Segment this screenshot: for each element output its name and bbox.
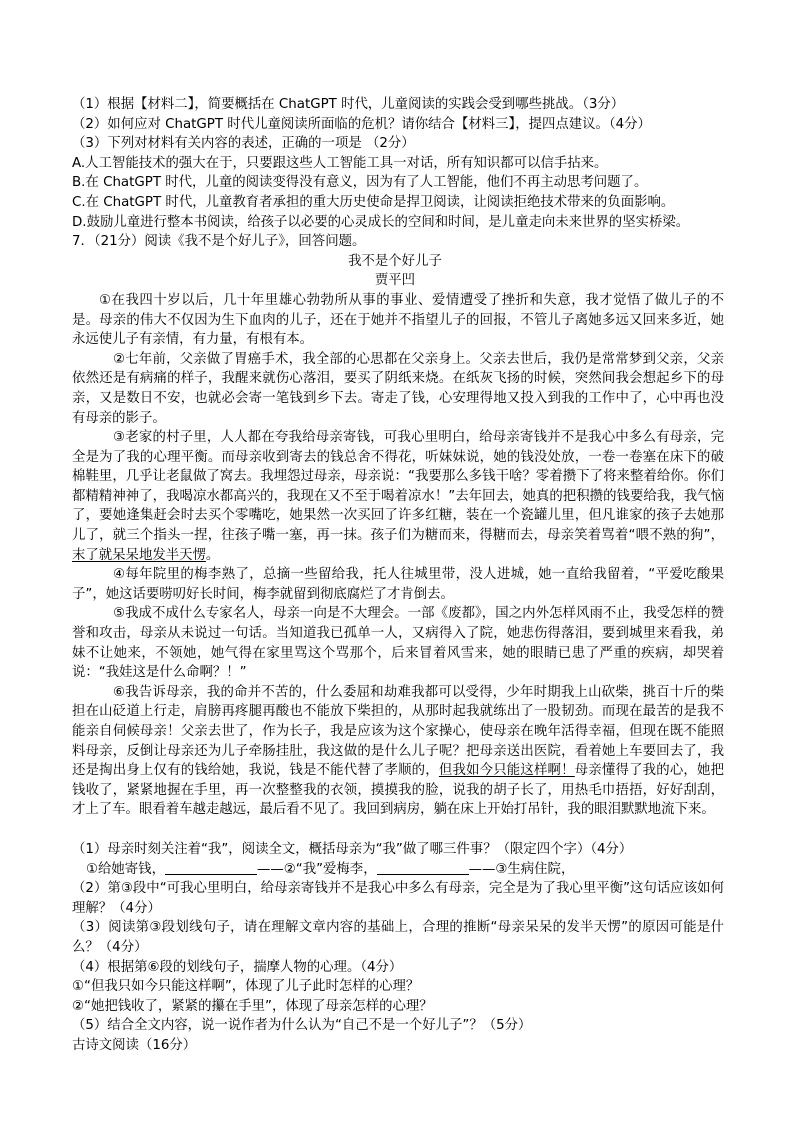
sub-question-4: （4）根据第⑥段的划线句子，揣摩人物的心理。（4分） xyxy=(72,958,724,978)
answer-blank-1[interactable] xyxy=(165,860,257,875)
option-c: C.在 ChatGPT 时代，儿童教育者承担的重大历史使命是捍卫阅读，让阅读拒绝… xyxy=(72,193,724,213)
paragraph-3-end: 。 xyxy=(206,548,219,563)
paragraph-2: ②七年前，父亲做了胃癌手术，我全部的心思都在父亲身上。父亲去世后，我仍是常常梦到… xyxy=(72,350,724,428)
question-6-1: （1）根据【材料二】，简要概括在 ChatGPT 时代，儿童阅读的实践会受到哪些… xyxy=(72,95,724,115)
question-6-3: （3）下列对材料有关内容的表述，正确的一项是 （2分） xyxy=(72,134,724,154)
fill-item-1: ①给她寄钱， xyxy=(86,862,165,877)
fill-item-2: ——②“我”爱梅李， xyxy=(257,862,377,877)
paragraph-1: ①在我四十岁以后，几十年里雄心勃勃所从事的事业、爱情遭受了挫折和失意，我才觉悟了… xyxy=(72,291,724,350)
sub-question-4-b: ②“她把钱收了，紧紧的攥在手里”，体现了母亲怎样的心理？ xyxy=(72,997,724,1017)
paragraph-6-underlined-sentence: 但我如今只能这样啊！ xyxy=(439,763,575,778)
paragraph-4: ④每年院里的梅李熟了，总摘一些留给我，托人往城里带，没人进城，她一直给我留着，“… xyxy=(72,565,724,604)
paragraph-6: ⑥我告诉母亲，我的命并不苦的，什么委屈和劫难我都可以受得，少年时期我上山砍柴，挑… xyxy=(72,683,724,820)
exam-page: （1）根据【材料二】，简要概括在 ChatGPT 时代，儿童阅读的实践会受到哪些… xyxy=(72,95,724,1056)
paragraph-3: ③老家的村子里，人人都在夸我给母亲寄钱，可我心里明白，给母亲寄钱并不是我心中多么… xyxy=(72,428,724,565)
paragraph-5: ⑤我成不成什么专家名人，母亲一向是不大理会。一部《废都》，国之内外怎样风雨不止，… xyxy=(72,604,724,682)
sub-question-3: （3）阅读第③段划线句子，请在理解文章内容的基础上，合理的推断“母亲呆呆的发半天… xyxy=(72,918,724,957)
fill-item-3: ——③生病住院， xyxy=(469,862,575,877)
option-a: A.人工智能技术的强大在于，只要跟这些人工智能工具一对话，所有知识都可以信手拈来… xyxy=(72,154,724,174)
sub-question-1-fill: ①给她寄钱，——②“我”爱梅李，——③生病住院， xyxy=(72,860,724,880)
question-6-2: （2）如何应对 ChatGPT 时代儿童阅读所面临的危机？请你结合【材料三】，提… xyxy=(72,115,724,135)
paragraph-3-text: ③老家的村子里，人人都在夸我给母亲寄钱，可我心里明白，给母亲寄钱并不是我心中多么… xyxy=(72,430,724,543)
sub-question-1: （1）母亲时刻关注着“我”，阅读全文，概括母亲为“我”做了哪三件事？（限定四个字… xyxy=(72,840,724,860)
sub-question-2: （2）第③段中“可我心里明白，给母亲寄钱并不是我心中多么有母亲，完全是为了我心里… xyxy=(72,879,724,918)
article-title: 我不是个好儿子 xyxy=(72,252,724,272)
option-d: D.鼓励儿童进行整本书阅读，给孩子以必要的心灵成长的空间和时间，是儿童走向未来世… xyxy=(72,213,724,233)
sub-question-4-a: ①“但我只如今只能这样啊”，体现了儿子此时怎样的心理？ xyxy=(72,977,724,997)
paragraph-3-underlined-sentence: 末了就呆呆地发半天愣 xyxy=(72,548,206,563)
option-b: B.在 ChatGPT 时代，儿童的阅读变得没有意义，因为有了人工智能，他们不再… xyxy=(72,173,724,193)
section-heading-classical-poetry: 古诗文阅读（16分） xyxy=(72,1036,724,1056)
question-7-heading: 7．（21分）阅读《我不是个好儿子》，回答问题。 xyxy=(72,232,724,252)
article-author: 贾平凹 xyxy=(72,271,724,291)
spacer xyxy=(72,820,724,840)
answer-blank-2[interactable] xyxy=(377,860,469,875)
sub-question-5: （5）结合全文内容，说一说作者为什么认为“自己不是一个好儿子”？（5分） xyxy=(72,1016,724,1036)
